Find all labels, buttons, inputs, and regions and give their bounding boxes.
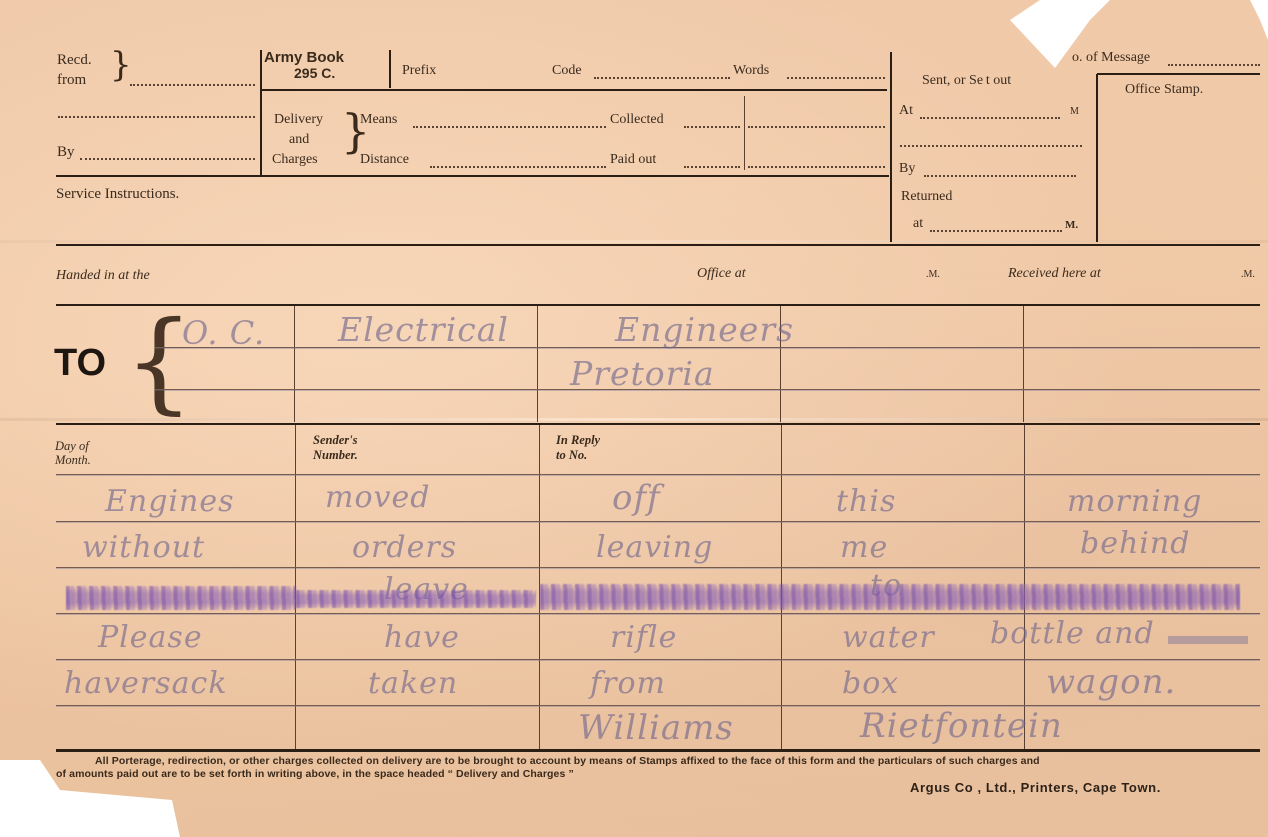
- message-rule: [56, 567, 1260, 568]
- office-stamp-area: [1100, 100, 1260, 240]
- collected-amount-field[interactable]: [748, 126, 885, 128]
- recd-from-label: Recd. from: [57, 50, 92, 90]
- recd-from-field-line2[interactable]: [58, 116, 255, 118]
- sent-at-label: At: [899, 103, 913, 119]
- distance-field[interactable]: [430, 166, 606, 168]
- received-here-at-label: Received here at: [1008, 266, 1101, 282]
- to-handwritten: O. C.: [182, 314, 265, 352]
- office-at-label: Office at: [697, 266, 746, 282]
- army-book-title: Army Book: [264, 49, 344, 66]
- office-at-m-suffix: .M.: [926, 269, 940, 280]
- divider: [262, 89, 887, 91]
- divider: [56, 423, 1260, 425]
- sent-or-sent-out-label: Sent, or Se t out: [922, 73, 1011, 89]
- crayon-strikethrough: [296, 590, 536, 608]
- paid-out-field[interactable]: [684, 166, 740, 168]
- recd-from-field[interactable]: [130, 84, 255, 86]
- footer-text-line1: All Porterage, redirection, or other cha…: [95, 755, 1040, 767]
- means-label: Means: [360, 112, 397, 128]
- message-word: leaving: [596, 530, 713, 565]
- paid-out-label: Paid out: [610, 152, 656, 168]
- message-word: orders: [352, 530, 457, 565]
- sent-extra-field[interactable]: [900, 145, 1082, 147]
- senders-number-header: Sender's Number.: [313, 433, 358, 463]
- message-word: box: [842, 666, 899, 701]
- returned-m-suffix: M.: [1065, 219, 1078, 231]
- collected-field[interactable]: [684, 126, 740, 128]
- words-label: Words: [733, 63, 769, 79]
- to-handwritten: Electrical: [338, 310, 509, 349]
- in-reply-to-header: In Reply to No.: [556, 433, 600, 463]
- pencil-strikethrough: [1168, 636, 1248, 644]
- message-word: without: [82, 530, 205, 565]
- day-of-month-header: Day of Month.: [55, 439, 91, 467]
- message-word: moved: [325, 480, 430, 515]
- distance-label: Distance: [360, 152, 409, 168]
- received-m-suffix: .M.: [1241, 269, 1255, 280]
- message-word: from: [590, 666, 666, 701]
- divider: [56, 749, 1260, 752]
- divider: [890, 52, 892, 242]
- charges-label: Charges: [272, 152, 318, 168]
- message-word: behind: [1080, 526, 1190, 561]
- message-word: water: [842, 620, 935, 655]
- divider: [1096, 74, 1098, 242]
- means-field[interactable]: [413, 126, 606, 128]
- message-word: wagon.: [1046, 662, 1176, 702]
- paid-out-amount-field[interactable]: [748, 166, 885, 168]
- crayon-strikethrough: [540, 584, 1240, 610]
- army-book-number: 295 C.: [294, 65, 335, 81]
- delivery-label: Delivery: [274, 112, 323, 128]
- crayon-strikethrough: [66, 586, 296, 610]
- message-word: Engines: [105, 484, 235, 519]
- message-rule: [56, 705, 1260, 706]
- message-word: haversack: [64, 666, 228, 701]
- returned-at-field[interactable]: [930, 230, 1062, 232]
- message-word: have: [384, 620, 460, 655]
- message-word: rifle: [610, 620, 677, 655]
- to-handwritten: Engineers: [615, 310, 794, 349]
- message-rule: [56, 474, 1260, 475]
- divider: [56, 244, 1260, 246]
- message-rule: [56, 613, 1260, 614]
- no-of-message-label: o. of Message: [1072, 50, 1150, 66]
- divider: [56, 175, 889, 177]
- message-word: me: [840, 530, 888, 565]
- and-label: and: [289, 132, 309, 148]
- divider: [1097, 73, 1260, 75]
- handed-in-label: Handed in at the: [56, 268, 150, 284]
- divider: [389, 50, 391, 88]
- message-word: bottle and: [990, 616, 1155, 651]
- sent-at-m-suffix: M: [1070, 106, 1079, 117]
- sent-at-field[interactable]: [920, 117, 1060, 119]
- by-field[interactable]: [80, 158, 255, 160]
- footer-text-line2: of amounts paid out are to be set forth …: [56, 768, 574, 780]
- message-word: this: [836, 484, 896, 519]
- message-word: Please: [98, 620, 203, 655]
- divider: [294, 306, 295, 422]
- sent-by-field[interactable]: [924, 175, 1076, 177]
- collected-label: Collected: [610, 112, 664, 128]
- message-word: Williams: [578, 708, 734, 748]
- divider: [56, 304, 1260, 306]
- to-label: TO: [54, 342, 106, 385]
- message-word: off: [612, 478, 661, 518]
- code-field[interactable]: [594, 77, 730, 79]
- returned-at-label: at: [913, 216, 923, 232]
- sent-by-label: By: [899, 161, 915, 177]
- by-label: By: [57, 144, 75, 161]
- divider: [744, 96, 745, 170]
- divider: [260, 50, 262, 176]
- divider: [1023, 306, 1024, 422]
- fold-crease: [0, 240, 1268, 243]
- service-instructions-label: Service Instructions.: [56, 186, 179, 203]
- printer-imprint: Argus Co , Ltd., Printers, Cape Town.: [910, 780, 1161, 795]
- code-label: Code: [552, 63, 582, 79]
- message-word: Rietfontein: [860, 706, 1063, 746]
- message-rule: [56, 521, 1260, 522]
- message-rule: [56, 659, 1260, 660]
- divider: [537, 306, 538, 422]
- office-stamp-label: Office Stamp.: [1125, 82, 1203, 98]
- message-word: taken: [368, 666, 458, 701]
- brace: }: [110, 48, 132, 82]
- prefix-label: Prefix: [402, 63, 436, 79]
- to-handwritten: Pretoria: [570, 354, 715, 393]
- words-field[interactable]: [787, 77, 885, 79]
- message-word: morning: [1067, 484, 1202, 519]
- returned-label: Returned: [901, 189, 952, 205]
- message-number-field[interactable]: [1168, 64, 1260, 66]
